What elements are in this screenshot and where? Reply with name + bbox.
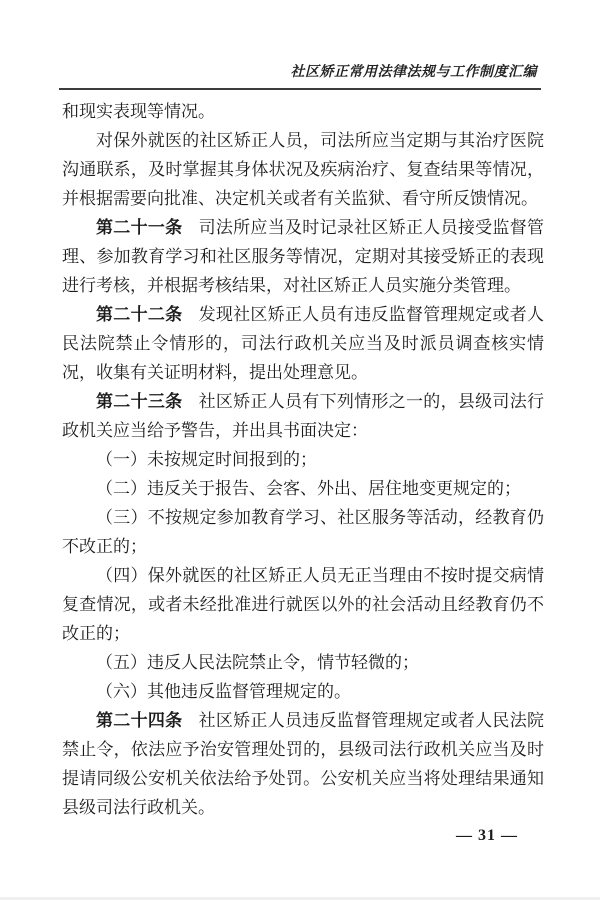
- paragraph-text: 和现实表现等情况。: [62, 102, 215, 121]
- article-number: 第二十四条: [96, 711, 182, 730]
- list-item: （五）违反人民法院禁止令，情节轻微的；: [62, 648, 544, 677]
- page-footer: — 31 —: [456, 827, 518, 845]
- paragraph-text: （六）其他违反监督管理规定的。: [96, 682, 351, 701]
- list-item: （六）其他违反监督管理规定的。: [62, 677, 544, 706]
- article-number: 第二十二条: [96, 305, 182, 324]
- list-item: （三）不按规定参加教育学习、社区服务等活动，经教育仍不改正的；: [62, 503, 544, 561]
- paragraph-text: （四）保外就医的社区矫正人员无正当理由不按时提交病情复查情况，或者未经批准进行就…: [62, 566, 544, 643]
- paragraph: 和现实表现等情况。: [62, 97, 544, 126]
- paragraph-text: （一）未按规定时间报到的；: [96, 450, 317, 469]
- header-rule: [59, 88, 541, 90]
- article-number: 第二十三条: [96, 392, 182, 411]
- paragraph: 第二十一条司法所应当及时记录社区矫正人员接受监督管理、参加教育学习和社区服务等情…: [62, 213, 544, 300]
- paragraph: 对保外就医的社区矫正人员，司法所应当定期与其治疗医院沟通联系，及时掌握其身体状况…: [62, 126, 544, 213]
- paragraph: 第二十四条社区矫正人员违反监督管理规定或者人民法院禁止令，依法应予治安管理处罚的…: [62, 706, 544, 822]
- list-item: （一）未按规定时间报到的；: [62, 445, 544, 474]
- list-item: （二）违反关于报告、会客、外出、居住地变更规定的；: [62, 474, 544, 503]
- paragraph-text: （二）违反关于报告、会客、外出、居住地变更规定的；: [96, 479, 521, 498]
- paragraph: 第二十二条发现社区矫正人员有违反监督管理规定或者人民法院禁止令情形的，司法行政机…: [62, 300, 544, 387]
- list-item: （四）保外就医的社区矫正人员无正当理由不按时提交病情复查情况，或者未经批准进行就…: [62, 561, 544, 648]
- article-number: 第二十一条: [96, 218, 182, 237]
- paragraph: 第二十三条社区矫正人员有下列情形之一的，县级司法行政机关应当给予警告，并出具书面…: [62, 387, 544, 445]
- paragraph-text: （五）违反人民法院禁止令，情节轻微的；: [96, 653, 419, 672]
- page-number: — 31 —: [456, 827, 518, 844]
- running-title: 社区矫正常用法律法规与工作制度汇编: [291, 61, 538, 81]
- scanned-book-page: 社区矫正常用法律法规与工作制度汇编 和现实表现等情况。 对保外就医的社区矫正人员…: [0, 0, 600, 900]
- paragraph-text: （三）不按规定参加教育学习、社区服务等活动，经教育仍不改正的；: [62, 508, 544, 556]
- paragraph-text: 对保外就医的社区矫正人员，司法所应当定期与其治疗医院沟通联系，及时掌握其身体状况…: [62, 131, 544, 208]
- document-body: 和现实表现等情况。 对保外就医的社区矫正人员，司法所应当定期与其治疗医院沟通联系…: [62, 97, 544, 822]
